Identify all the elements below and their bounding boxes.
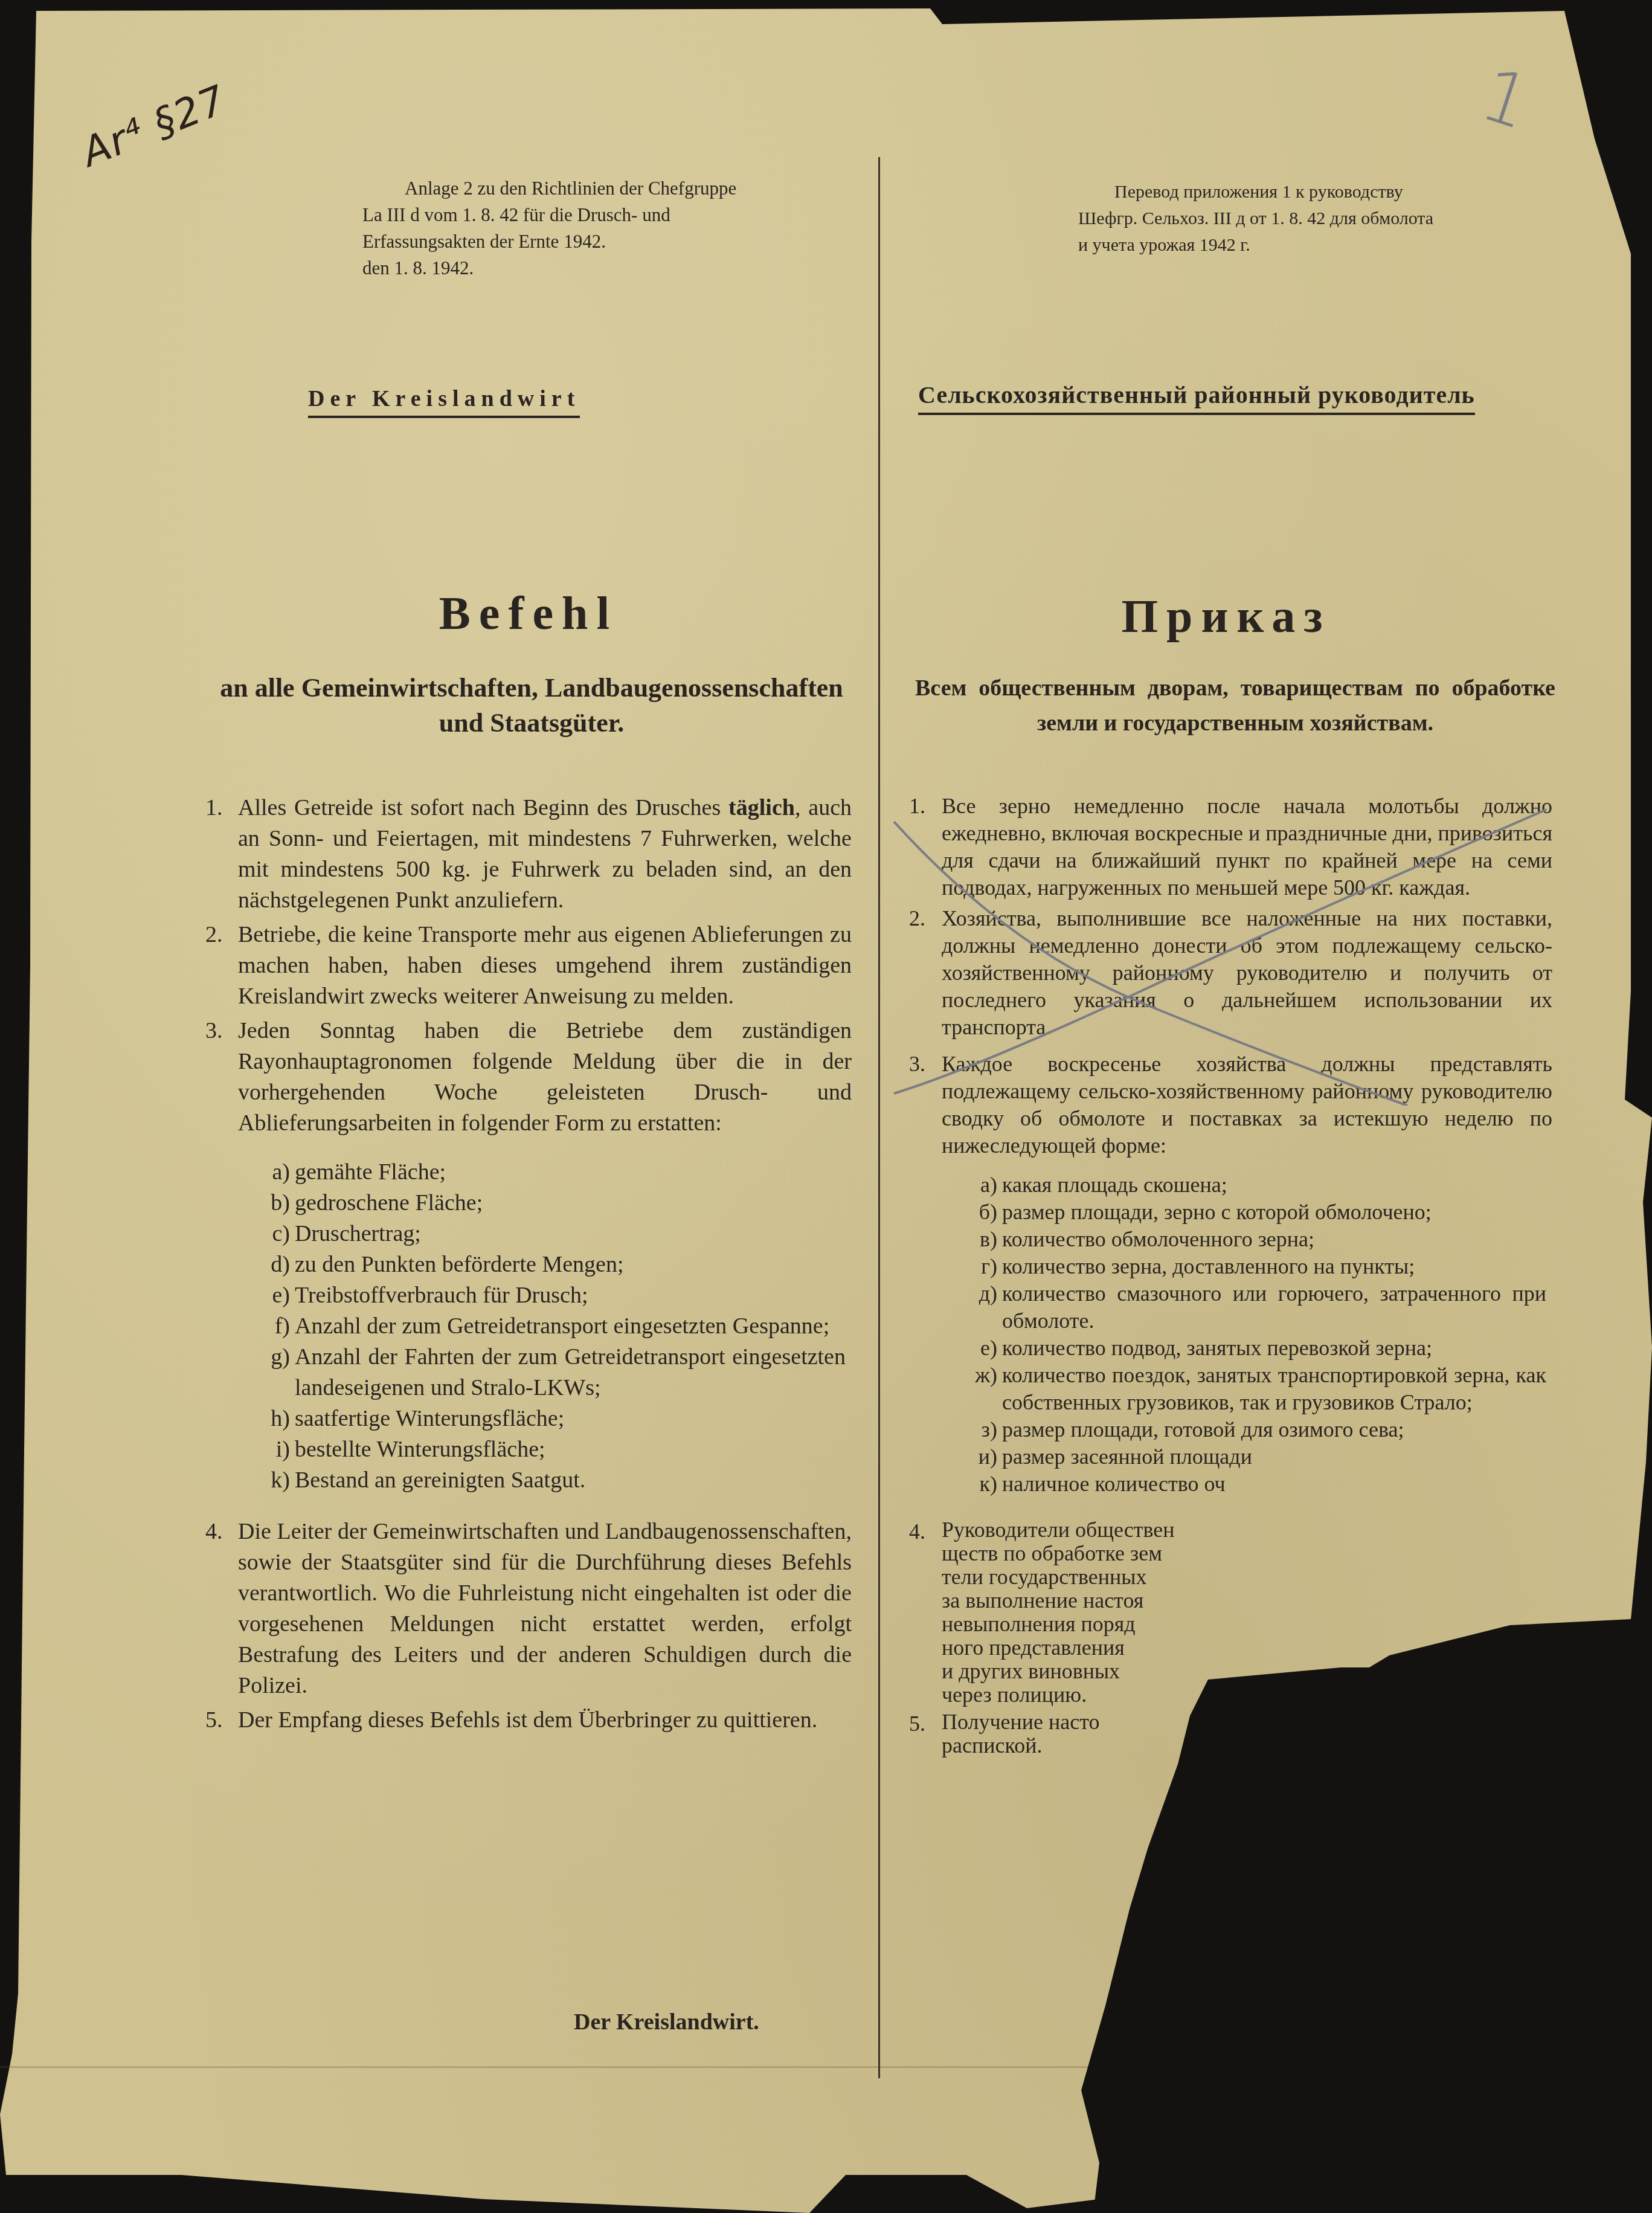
german-order-list: 1. Alles Getreide ist sofort nach Beginn… bbox=[205, 793, 852, 1739]
list-item: 1. Alles Getreide ist sofort nach Beginn… bbox=[205, 793, 852, 916]
german-report-fields: a)gemähte Fläche; b)gedroschene Fläche; … bbox=[205, 1157, 852, 1496]
sub-item: a)gemähte Fläche; bbox=[262, 1157, 846, 1188]
reference-date: den 1. 8. 1942. bbox=[362, 255, 858, 282]
list-item: 3. Каждое воскресенье хозяйства должны п… bbox=[909, 1051, 1552, 1159]
paper-fold-crease bbox=[0, 2066, 1148, 2068]
sub-item: ж)количество поездок, занятых транспорти… bbox=[969, 1362, 1546, 1416]
emphasis-daily: täglich bbox=[728, 795, 795, 820]
list-item: 2. Betriebe, die keine Transporte mehr a… bbox=[205, 920, 852, 1012]
russian-title: Приказ bbox=[894, 589, 1558, 643]
reference-line: Anlage 2 zu den Richtlinien der Chefgrup… bbox=[362, 175, 858, 202]
list-item: 4. Die Leiter der Gemeinwirtschaften und… bbox=[205, 1516, 852, 1701]
sub-item: g)Anzahl der Fahrten der zum Getreidetra… bbox=[262, 1342, 846, 1403]
sub-item: h)saatfertige Winterungsfläche; bbox=[262, 1403, 846, 1434]
sub-item: i)bestellte Winterungsfläche; bbox=[262, 1434, 846, 1465]
sub-item: в)количество обмолоченного зерна; bbox=[969, 1226, 1546, 1253]
russian-reference-block: Перевод приложения 1 к руководству Шефгр… bbox=[1078, 179, 1561, 259]
sub-item: а)какая площадь скошена; bbox=[969, 1171, 1546, 1199]
sub-item: k)Bestand an gereinigten Saatgut. bbox=[262, 1465, 846, 1496]
russian-authority-heading: Сельскохозяйственный районный руководите… bbox=[918, 381, 1475, 415]
russian-report-fields: а)какая площадь скошена; б)размер площад… bbox=[909, 1171, 1552, 1498]
sub-item: c)Druschertrag; bbox=[262, 1219, 846, 1249]
reference-line: Шефгр. Сельхоз. III д от 1. 8. 42 для об… bbox=[1078, 205, 1561, 232]
reference-line: и учета урожая 1942 г. bbox=[1078, 232, 1561, 259]
sub-item: г)количество зерна, доставленного на пун… bbox=[969, 1253, 1546, 1280]
german-authority-heading: Der Kreislandwirt bbox=[308, 385, 580, 418]
german-subtitle: an alle Gemeinwirtschaften, Landbaugenos… bbox=[199, 671, 864, 741]
sub-item: д)количество смазочного или горючего, за… bbox=[969, 1280, 1546, 1335]
russian-subtitle: Всем общественным дворам, товариществам … bbox=[915, 671, 1555, 741]
sub-item: e)Treibstoffverbrauch für Drusch; bbox=[262, 1280, 846, 1311]
reference-line: Erfassungsakten der Ernte 1942. bbox=[362, 228, 858, 255]
sub-item: и)размер засеянной площади bbox=[969, 1443, 1546, 1471]
sub-item: б)размер площади, зерно с которой обмоло… bbox=[969, 1199, 1546, 1226]
german-reference-block: Anlage 2 zu den Richtlinien der Chefgrup… bbox=[362, 175, 858, 282]
german-signature: Der Kreislandwirt. bbox=[574, 2009, 759, 2035]
list-item: 3. Jeden Sonntag haben die Betriebe dem … bbox=[205, 1016, 852, 1139]
reference-line: Перевод приложения 1 к руководству bbox=[1078, 179, 1561, 205]
list-item: 2. Хозяйства, выполнившие все наложенные… bbox=[909, 905, 1552, 1041]
sub-item: к)наличное количество оч bbox=[969, 1471, 1546, 1498]
russian-order-list: 1. Все зерно немедленно после начала мол… bbox=[909, 793, 1552, 1761]
sub-item: з)размер площади, готовой для озимого се… bbox=[969, 1416, 1546, 1443]
sub-item: f)Anzahl der zum Getreidetransport einge… bbox=[262, 1311, 846, 1342]
sub-item: b)gedroschene Fläche; bbox=[262, 1188, 846, 1219]
sub-item: е)количество подвод, занятых перевозкой … bbox=[969, 1335, 1546, 1362]
list-item: 1. Все зерно немедленно после начала мол… bbox=[909, 793, 1552, 901]
column-divider bbox=[878, 157, 880, 2078]
sub-item: d)zu den Punkten beförderte Mengen; bbox=[262, 1249, 846, 1280]
reference-line: La III d vom 1. 8. 42 für die Drusch- un… bbox=[362, 202, 858, 228]
torn-paper-region bbox=[1027, 1667, 1652, 2213]
german-title: Befehl bbox=[187, 586, 870, 640]
list-item: 5. Der Empfang dieses Befehls ist dem Üb… bbox=[205, 1705, 852, 1736]
